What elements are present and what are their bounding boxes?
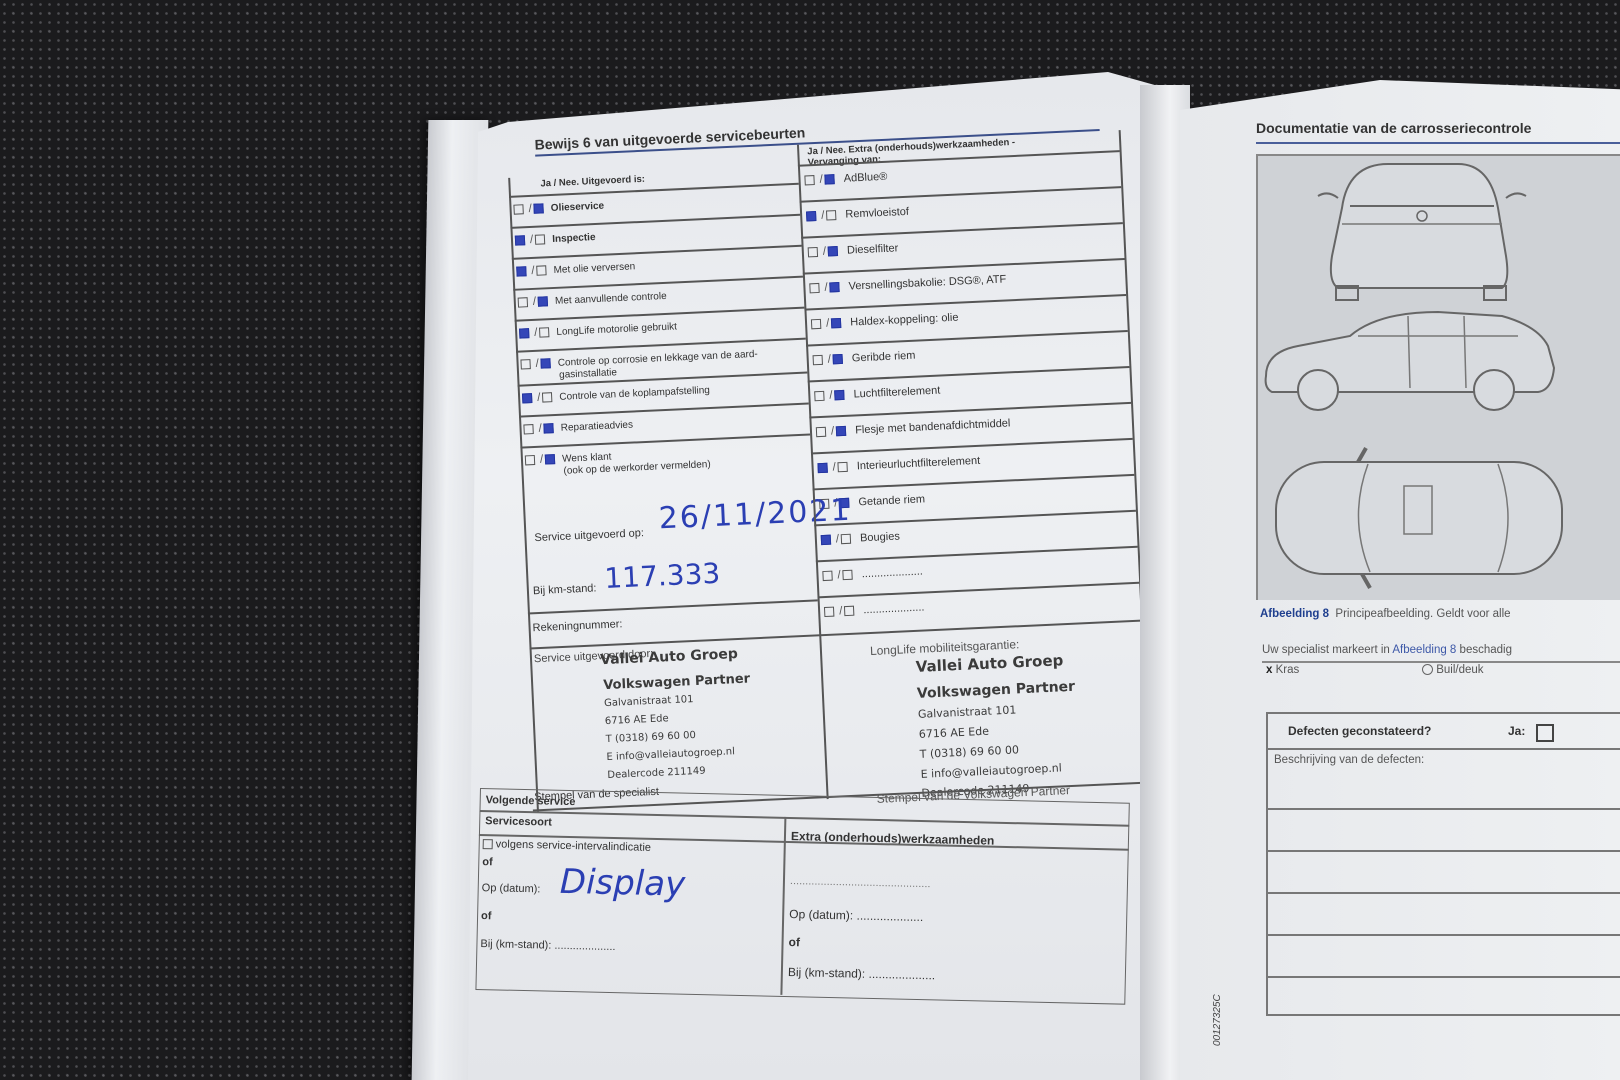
- checklist-right-row: /Luchtfilterelement: [814, 385, 940, 403]
- nee-checkbox[interactable]: [539, 327, 549, 337]
- nee-checkbox[interactable]: [544, 423, 554, 433]
- left-column-header: Ja / Nee. Uitgevoerd is:: [540, 174, 645, 190]
- bodywork-title: Documentatie van de carrosseriecontrole: [1256, 120, 1531, 136]
- checklist-right-row: /Haldex-koppeling: olie: [811, 312, 959, 331]
- interval-checkbox[interactable]: [483, 839, 493, 849]
- legend-dent: Buil/deuk: [1422, 664, 1484, 676]
- or-label-2: of: [481, 910, 492, 922]
- checklist-right-row: /....................: [824, 601, 925, 618]
- defects-yes-checkbox[interactable]: [1536, 724, 1554, 742]
- defects-box: Defecten geconstateerd? Ja: Beschrijving…: [1266, 712, 1620, 1016]
- defect-line-2[interactable]: [1268, 850, 1620, 852]
- ja-checkbox[interactable]: [525, 455, 535, 465]
- next-service-title: Volgende service: [486, 794, 576, 808]
- checklist-right-row: /Remvloeistof: [806, 206, 909, 223]
- checklist-left-row: /Met aanvullende controle: [518, 290, 667, 309]
- nee-checkbox[interactable]: [825, 174, 835, 184]
- next-date-value[interactable]: Display: [559, 862, 685, 905]
- service-date-value[interactable]: 26/11/2021: [658, 493, 852, 537]
- ja-checkbox[interactable]: [804, 175, 814, 185]
- km-label: Bij km-stand:: [533, 582, 597, 597]
- checklist-left-row: /Wens klant(ook op de werkorder vermelde…: [525, 446, 711, 478]
- nee-checkbox[interactable]: [828, 246, 838, 256]
- car-side-view-icon: [1266, 312, 1554, 410]
- service-type-header: Servicesoort: [485, 815, 552, 829]
- nee-checkbox[interactable]: [541, 358, 551, 368]
- or-label-3: of: [788, 935, 800, 949]
- ja-checkbox[interactable]: [515, 235, 525, 245]
- ja-checkbox[interactable]: [513, 204, 523, 214]
- defect-line-4[interactable]: [1268, 934, 1620, 936]
- ja-checkbox[interactable]: [817, 463, 827, 473]
- ja-checkbox[interactable]: [816, 427, 826, 437]
- nee-checkbox[interactable]: [841, 534, 851, 544]
- nee-checkbox[interactable]: [833, 354, 843, 364]
- nee-checkbox[interactable]: [831, 318, 841, 328]
- defects-yes-label: Ja:: [1508, 724, 1525, 738]
- km-value[interactable]: 117.333: [604, 557, 721, 595]
- ja-checkbox[interactable]: [520, 359, 530, 369]
- nee-checkbox[interactable]: [536, 265, 546, 275]
- checklist-right-row: /Versnellingsbakolie: DSG®, ATF: [809, 273, 1006, 294]
- nee-checkbox[interactable]: [826, 210, 836, 220]
- defect-line-5[interactable]: [1268, 976, 1620, 978]
- next-date-label: Op (datum):: [482, 882, 541, 895]
- nee-checkbox[interactable]: [545, 454, 555, 464]
- checklist-right-row: /Bougies: [821, 531, 900, 547]
- ja-checkbox[interactable]: [821, 535, 831, 545]
- ja-checkbox[interactable]: [809, 283, 819, 293]
- checklist-right-row: /Dieselfilter: [808, 242, 899, 258]
- checklist-left-row: /Reparatieadvies: [523, 419, 633, 436]
- car-rear-view-icon: [1318, 164, 1526, 300]
- ja-checkbox[interactable]: [518, 297, 528, 307]
- dealer-stamp-right: Vallei Auto Groep Volkswagen Partner Gal…: [505, 80, 1114, 108]
- nee-checkbox[interactable]: [829, 282, 839, 292]
- car-diagram[interactable]: [1256, 154, 1620, 600]
- dealer-stamp-left: Vallei Auto Groep Volkswagen Partner Gal…: [505, 80, 1114, 108]
- nee-checkbox[interactable]: [534, 203, 544, 213]
- nee-checkbox[interactable]: [542, 392, 552, 402]
- or-label-1: of: [482, 856, 493, 868]
- checklist-right-row: /AdBlue®: [804, 171, 887, 187]
- figure-caption: Afbeelding 8 Principeafbeelding. Geldt v…: [1260, 608, 1511, 620]
- checklist-left-row: /LongLife motorolie gebruikt: [519, 320, 677, 339]
- checklist-left-row: /Controle van de koplampafstelling: [522, 384, 710, 405]
- checklist-left-row: /Controle op corrosie en lekkage van de …: [520, 348, 758, 383]
- defects-question: Defecten geconstateerd?: [1288, 724, 1431, 738]
- ja-checkbox[interactable]: [523, 424, 533, 434]
- checklist-right-row: /Flesje met bandenafdichtmiddel: [816, 417, 1011, 438]
- marking-instruction: Uw specialist markeert in Afbeelding 8 b…: [1262, 644, 1512, 656]
- ja-checkbox[interactable]: [519, 328, 529, 338]
- legend-scratch: x Kras: [1266, 664, 1299, 676]
- nee-checkbox[interactable]: [843, 570, 853, 580]
- checklist-left-row: /Met olie verversen: [516, 260, 635, 277]
- service-date-label: Service uitgevoerd op:: [534, 527, 644, 544]
- ja-checkbox[interactable]: [822, 571, 832, 581]
- nee-checkbox[interactable]: [834, 390, 844, 400]
- nee-checkbox[interactable]: [844, 606, 854, 616]
- car-top-view-icon: [1276, 448, 1562, 588]
- checklist-right-row: /Interieurluchtfilterelement: [817, 455, 980, 474]
- defects-description-label: Beschrijving van de defecten:: [1274, 754, 1424, 766]
- checklist-right-row: /Geribde riem: [812, 350, 915, 367]
- ja-checkbox[interactable]: [522, 393, 532, 403]
- checklist-right-row: /....................: [822, 566, 923, 583]
- ja-checkbox[interactable]: [806, 211, 816, 221]
- document-code: 00127325C: [1212, 994, 1223, 1046]
- ja-checkbox[interactable]: [813, 355, 823, 365]
- account-label: Rekeningnummer:: [532, 618, 622, 634]
- ja-checkbox[interactable]: [516, 266, 526, 276]
- defect-line-1[interactable]: [1268, 808, 1620, 810]
- nee-checkbox[interactable]: [538, 296, 548, 306]
- ja-checkbox[interactable]: [811, 319, 821, 329]
- checklist-left-row: /Olieservice: [513, 200, 604, 216]
- nee-checkbox[interactable]: [836, 426, 846, 436]
- ja-checkbox[interactable]: [824, 607, 834, 617]
- checklist-left-row: /Inspectie: [515, 231, 596, 247]
- defect-line-3[interactable]: [1268, 892, 1620, 894]
- ja-checkbox[interactable]: [814, 391, 824, 401]
- ja-checkbox[interactable]: [808, 247, 818, 257]
- scratch-x-icon: x: [1266, 664, 1272, 676]
- nee-checkbox[interactable]: [838, 462, 848, 472]
- nee-checkbox[interactable]: [535, 234, 545, 244]
- dent-circle-icon: [1422, 664, 1433, 675]
